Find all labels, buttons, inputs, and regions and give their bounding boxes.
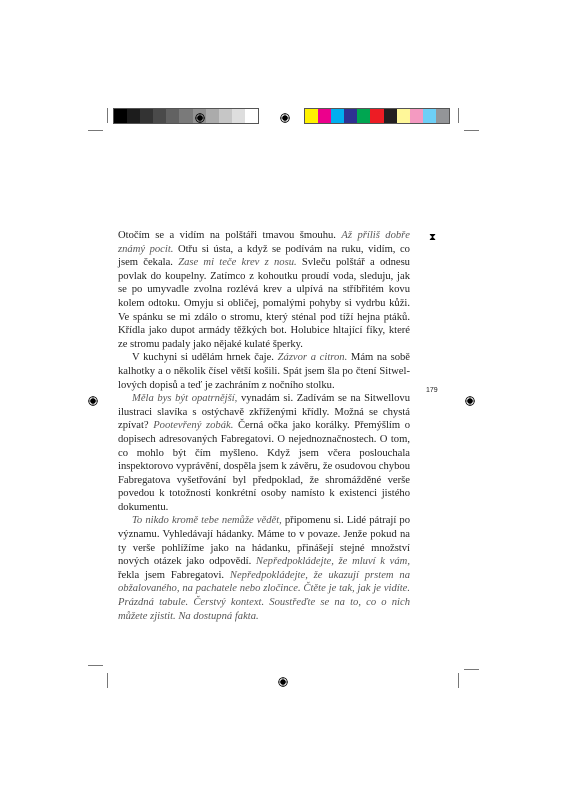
paragraph: V kuchyni si udělám hrnek čaje. Zázvor a… — [118, 351, 410, 392]
color-patch — [357, 109, 370, 123]
grayscale-color-bar — [113, 108, 259, 124]
italic-text: Zázvor a citron. — [278, 352, 348, 363]
text-run: Svleču polštář a odnesu povlak do koupel… — [118, 257, 410, 350]
crop-mark-top-left-horizontal — [88, 130, 103, 131]
italic-text: Pootevřený zobák. — [153, 420, 233, 431]
italic-text: Zase mi teče krev z nosu. — [178, 257, 296, 268]
crop-mark-bottom-left-horizontal — [88, 665, 103, 666]
color-patch — [423, 109, 436, 123]
text-run: Černá očka jako korálky. Přemýšlím o dop… — [118, 420, 410, 513]
color-patch — [206, 109, 219, 123]
crop-mark-bottom-right-horizontal — [464, 669, 479, 670]
paragraph: To nikdo kromě tebe nemůže vědět, připom… — [118, 514, 410, 623]
crop-mark-bottom-left-vertical — [107, 673, 108, 688]
italic-text: Měla bys být opatrnější, — [132, 393, 237, 404]
body-text: Otočím se a vidím na polštáři tmavou šmo… — [118, 229, 410, 623]
color-patch — [384, 109, 397, 123]
color-patch — [344, 109, 357, 123]
color-patch — [318, 109, 331, 123]
crop-mark-bottom-right-vertical — [458, 673, 459, 688]
paragraph: Otočím se a vidím na polštáři tmavou šmo… — [118, 229, 410, 351]
color-patch — [114, 109, 127, 123]
italic-text: To nikdo kromě tebe nemůže vědět, — [132, 515, 282, 526]
crop-mark-top-right-vertical — [458, 108, 459, 123]
process-color-bar — [304, 108, 450, 124]
registration-mark-icon — [278, 677, 288, 687]
italic-text: Nepředpokládejte, že mluví k vám, — [256, 556, 410, 567]
paragraph: Měla bys být opatrnější, vynadám si. Zad… — [118, 392, 410, 514]
color-patch — [305, 109, 318, 123]
color-patch — [166, 109, 179, 123]
color-patch — [410, 109, 423, 123]
color-patch — [245, 109, 258, 123]
color-patch — [397, 109, 410, 123]
registration-mark-icon — [88, 396, 98, 406]
text-run: řekla jsem Fabregatovi. — [118, 570, 230, 581]
color-patch — [232, 109, 245, 123]
color-patch — [153, 109, 166, 123]
color-patch — [140, 109, 153, 123]
color-patch — [370, 109, 383, 123]
text-run: V kuchyni si udělám hrnek čaje. — [132, 352, 278, 363]
color-patch — [331, 109, 344, 123]
crop-mark-top-right-horizontal — [464, 130, 479, 131]
color-patch — [179, 109, 192, 123]
color-patch — [127, 109, 140, 123]
text-run: Otočím se a vidím na polštáři tmavou šmo… — [118, 230, 341, 241]
registration-mark-icon — [280, 113, 290, 123]
color-patch — [219, 109, 232, 123]
crop-mark-top-left-vertical — [107, 108, 108, 123]
hourglass-icon: ⧗ — [429, 232, 436, 243]
color-patch — [436, 109, 449, 123]
page-number: 179 — [426, 387, 438, 394]
registration-mark-icon — [195, 113, 205, 123]
registration-mark-icon — [465, 396, 475, 406]
